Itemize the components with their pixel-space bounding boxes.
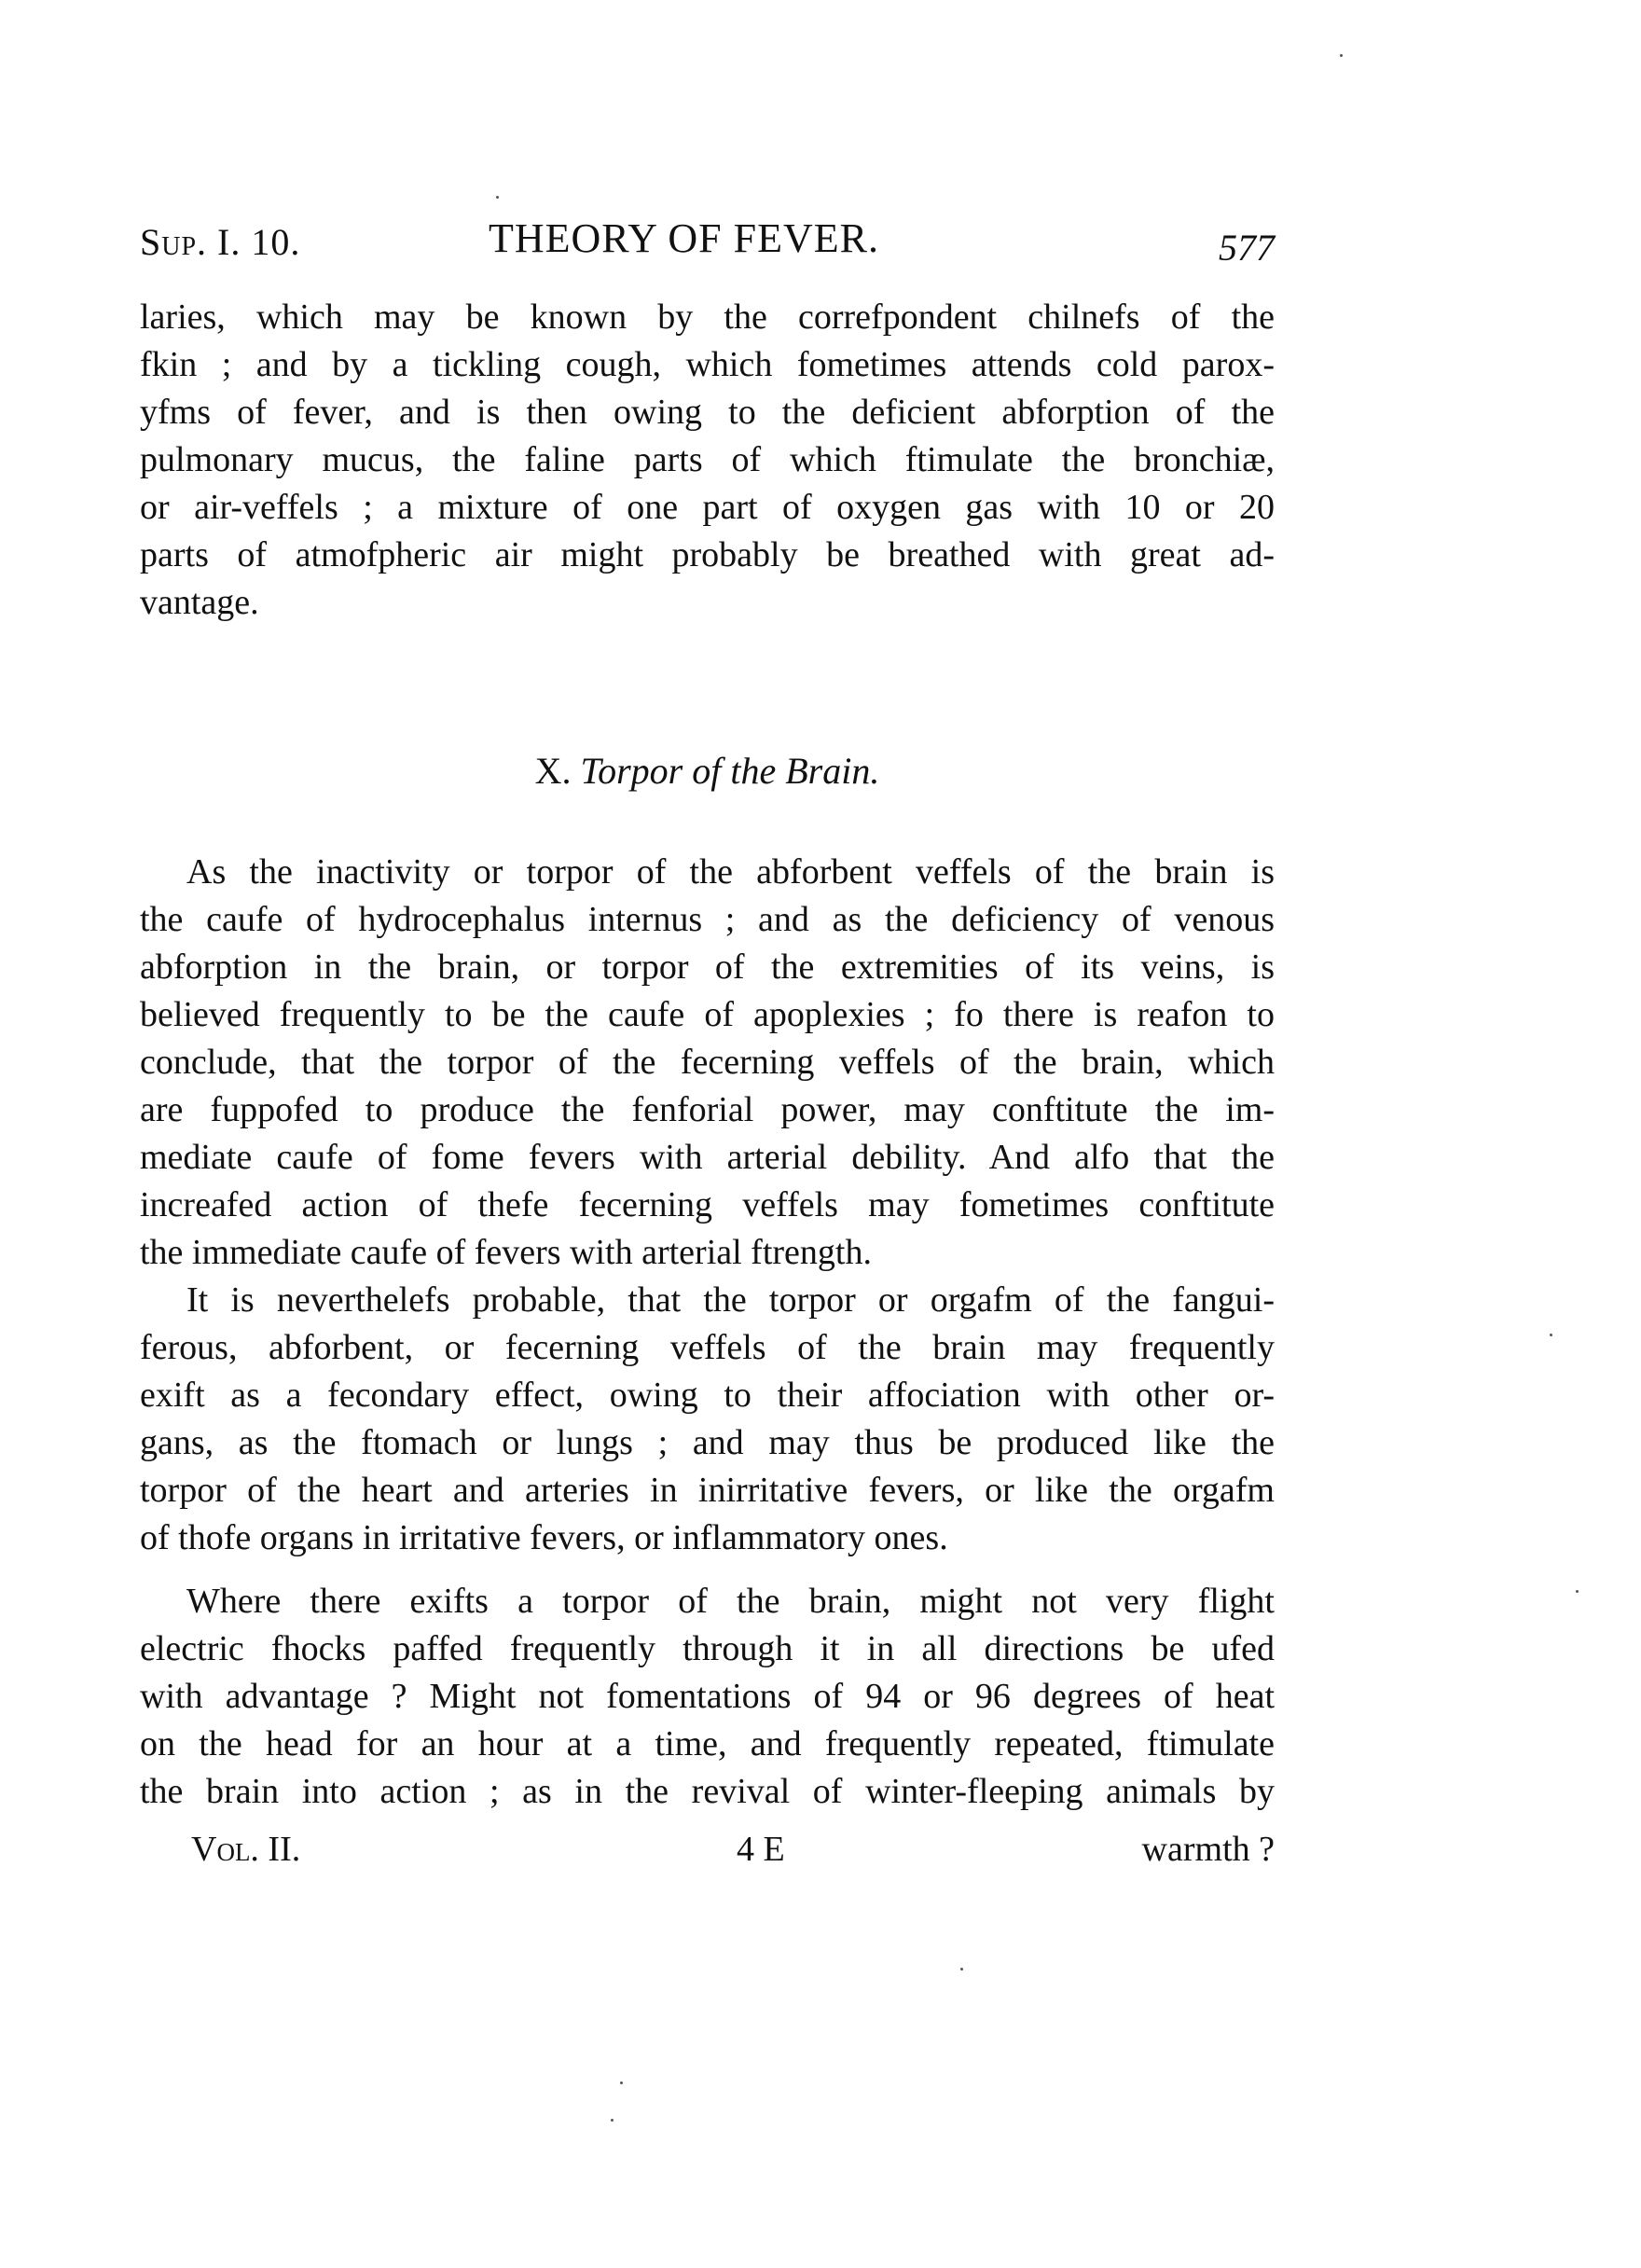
text-line: the immediate caufe of fevers with arter… [140,1229,1275,1277]
text-line: ferous, abforbent, or fecerning veffels … [140,1324,1275,1372]
scan-speck [496,196,499,199]
text-line: increafed action of thefe fecerning veff… [140,1182,1275,1229]
running-title: THEORY OF FEVER. [489,214,879,262]
text-line: or air-veffels ; a mixture of one part o… [140,484,1275,532]
text-line: As the inactivity or torpor of the abfor… [186,849,1275,896]
scan-speck [960,1968,963,1971]
scan-speck [1550,1334,1552,1336]
text-line: conclude, that the torpor of the fecerni… [140,1039,1275,1086]
text-line: vantage. [140,579,1275,627]
text-line: of thofe organs in irritative fevers, or… [140,1514,1275,1562]
scan-speck [611,2119,614,2122]
scan-speck [1576,1590,1579,1593]
scan-speck [1340,54,1343,57]
section-title: Torpor of the Brain. [581,750,880,792]
text-line: torpor of the heart and arteries in inir… [140,1467,1275,1514]
text-line: yfms of fever, and is then owing to the … [140,389,1275,436]
book-page: Sup. I. 10. THEORY OF FEVER. 577 laries,… [0,0,1641,2268]
text-line: are fuppofed to produce the fenforial po… [140,1086,1275,1134]
text-line: with advantage ? Might not fomentations … [140,1673,1275,1721]
text-line: electric fhocks paffed frequently throug… [140,1625,1275,1673]
text-line: fkin ; and by a tickling cough, which fo… [140,341,1275,389]
text-line: exift as a fecondary effect, owing to th… [140,1372,1275,1419]
catchword: warmth ? [1142,1826,1275,1873]
section-heading: X. Torpor of the Brain. [140,746,1275,796]
text-line: It is neverthelefs probable, that the to… [186,1277,1275,1324]
page-footer: Vol. II. 4 E warmth ? [140,1826,1275,1873]
section-reference: Sup. I. 10. [140,220,300,264]
text-line: gans, as the ftomach or lungs ; and may … [140,1419,1275,1467]
text-line: laries, which may be known by the corref… [140,294,1275,341]
section-number: X. [535,750,572,792]
volume-label: Vol. II. [191,1826,300,1873]
text-line: on the head for an hour at a time, and f… [140,1721,1275,1768]
text-line: parts of atmofpheric air might probably … [140,532,1275,579]
text-line: mediate caufe of fome fevers with arteri… [140,1134,1275,1182]
scan-speck [620,2081,623,2084]
text-line: abforption in the brain, or torpor of th… [140,944,1275,991]
running-head: Sup. I. 10. THEORY OF FEVER. 577 [140,220,1275,267]
signature-mark: 4 E [737,1826,785,1873]
text-line: pulmonary mucus, the faline parts of whi… [140,436,1275,484]
text-line: believed frequently to be the caufe of a… [140,991,1275,1039]
text-line: Where there exifts a torpor of the brain… [186,1578,1275,1625]
text-line: the caufe of hydrocephalus internus ; an… [140,896,1275,944]
text-line: the brain into action ; as in the reviva… [140,1768,1275,1816]
page-number: 577 [1219,226,1275,270]
